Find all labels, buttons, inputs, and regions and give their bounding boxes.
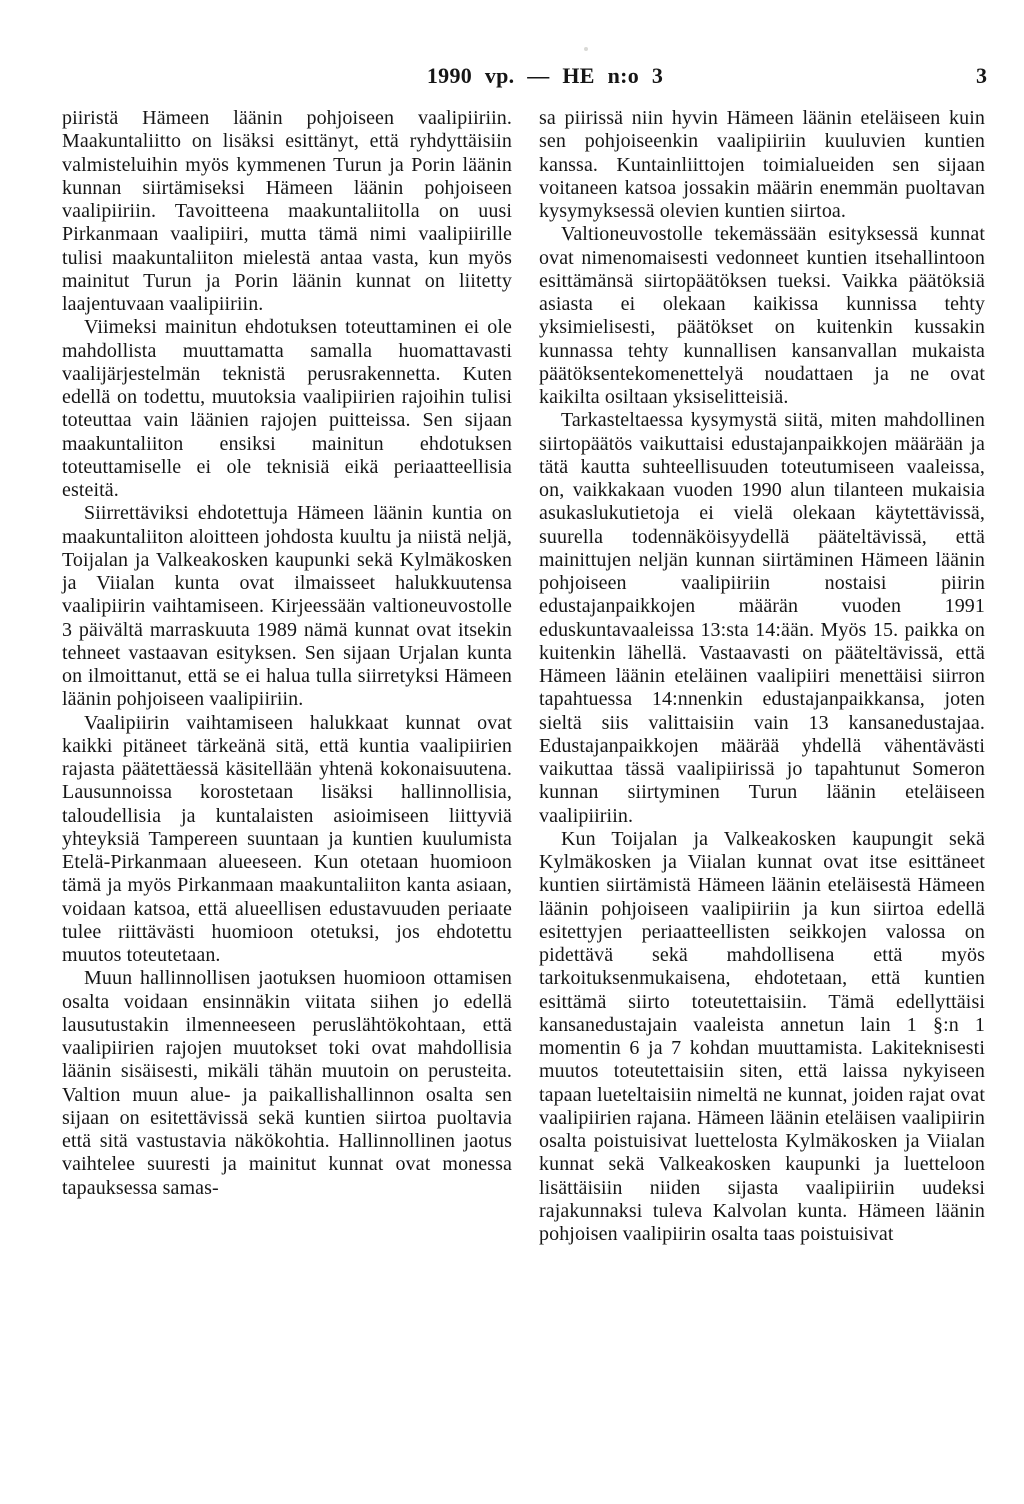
paragraph: Vaalipiirin vaihtamiseen halukkaat kunna…	[62, 712, 512, 968]
document-header-title: 1990 vp. — HE n:o 3	[427, 63, 663, 89]
scan-artifact-dot	[584, 47, 588, 51]
paragraph: sa piirissä niin hyvin Hämeen läänin ete…	[539, 107, 985, 223]
paragraph: Kun Toijalan ja Valkeakosken kaupungit s…	[539, 828, 985, 1247]
paragraph: Valtioneuvostolle tekemässään esityksess…	[539, 223, 985, 409]
right-column: sa piirissä niin hyvin Hämeen läänin ete…	[539, 107, 985, 1246]
paragraph: Tarkasteltaessa kysymystä siitä, miten m…	[539, 409, 985, 828]
document-page: 1990 vp. — HE n:o 3 3 piiristä Hämeen lä…	[0, 0, 1024, 1504]
paragraph: Muun hallinnollisen jaotuksen huomioon o…	[62, 967, 512, 1200]
paragraph: piiristä Hämeen läänin pohjoiseen vaalip…	[62, 107, 512, 316]
page-number: 3	[976, 63, 987, 89]
paragraph: Viimeksi mainitun ehdotuksen toteuttamin…	[62, 316, 512, 502]
paragraph: Siirrettäviksi ehdotettuja Hämeen läänin…	[62, 502, 512, 711]
document-body: piiristä Hämeen läänin pohjoiseen vaalip…	[62, 107, 985, 1246]
left-column: piiristä Hämeen läänin pohjoiseen vaalip…	[62, 107, 512, 1200]
